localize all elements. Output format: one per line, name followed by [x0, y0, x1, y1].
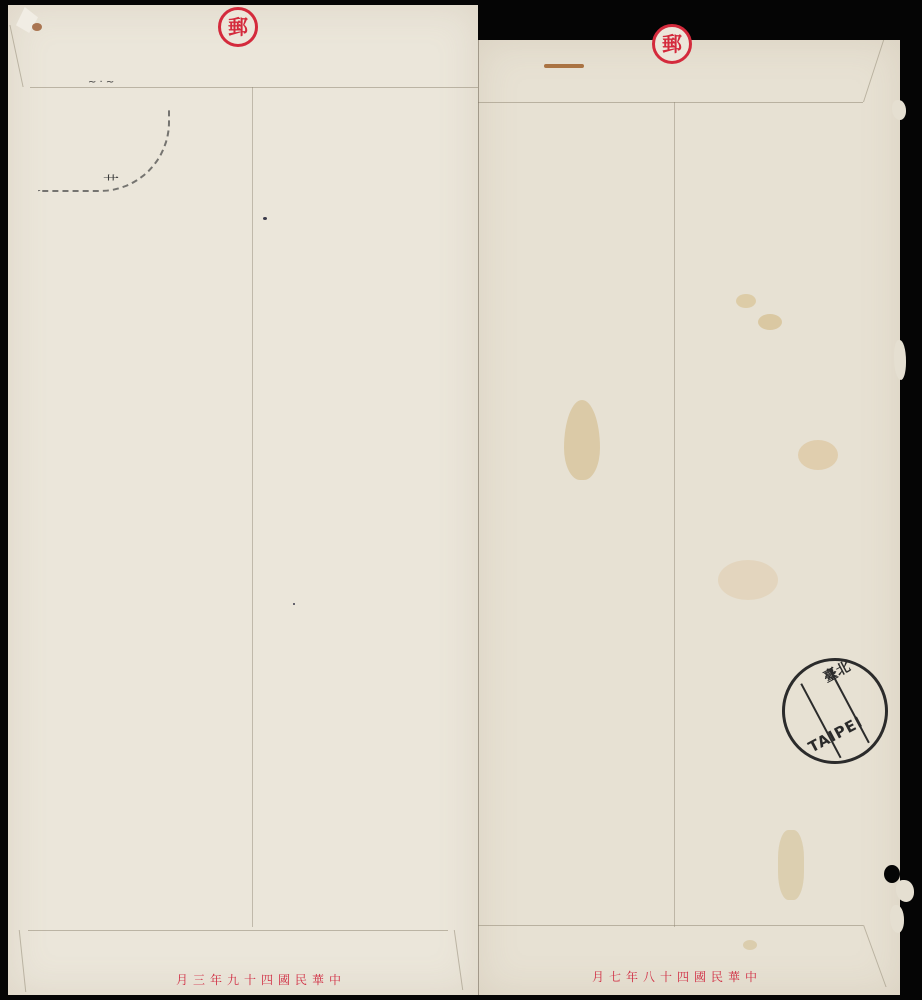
envelope-right: 郵 TAIPEI 臺北 中華民國四十八年七月 [478, 40, 900, 995]
taipei-postmark: TAIPEI 臺北 [763, 639, 906, 782]
top-flap-diagonal [9, 25, 37, 87]
tear-gap [884, 865, 900, 883]
center-seam [252, 87, 253, 927]
foxing-stain [798, 440, 838, 470]
bottom-flap-edge [28, 930, 448, 931]
bottom-flap-edge [478, 925, 863, 926]
top-flap-diagonal [863, 40, 904, 102]
rust-stain [544, 64, 584, 68]
bottom-flap-left-diag [19, 930, 35, 992]
top-flap-edge [478, 102, 863, 103]
printing-date-imprint: 中華民國四十九年三月 [176, 971, 346, 988]
foxing-stain [718, 560, 778, 600]
water-stain [564, 400, 600, 480]
left-seam [478, 40, 479, 995]
postal-emblem-icon: 郵 [652, 24, 692, 64]
center-seam [674, 102, 675, 927]
bottom-flap-right-diag [863, 925, 912, 987]
torn-edge [894, 340, 906, 380]
ink-speck [263, 217, 267, 220]
ink-speck [293, 603, 295, 605]
torn-edge [890, 905, 904, 933]
rust-spot [32, 23, 42, 31]
postmark-fragment: ⺾ [103, 170, 119, 193]
postal-emblem-icon: 郵 [218, 7, 258, 47]
bottom-flap-right-diag [444, 930, 463, 990]
water-stain [736, 294, 756, 308]
small-stain [743, 940, 757, 950]
water-stain [758, 314, 782, 330]
envelope-left: 郵 ⺾ ~ · ~ 中華民國四十九年三月 [8, 5, 478, 995]
torn-edge [892, 100, 906, 120]
printing-date-imprint: 中華民國四十八年七月 [592, 968, 762, 985]
torn-edge [896, 880, 914, 902]
pencil-mark: ~ · ~ [88, 77, 114, 88]
water-stain [778, 830, 804, 900]
